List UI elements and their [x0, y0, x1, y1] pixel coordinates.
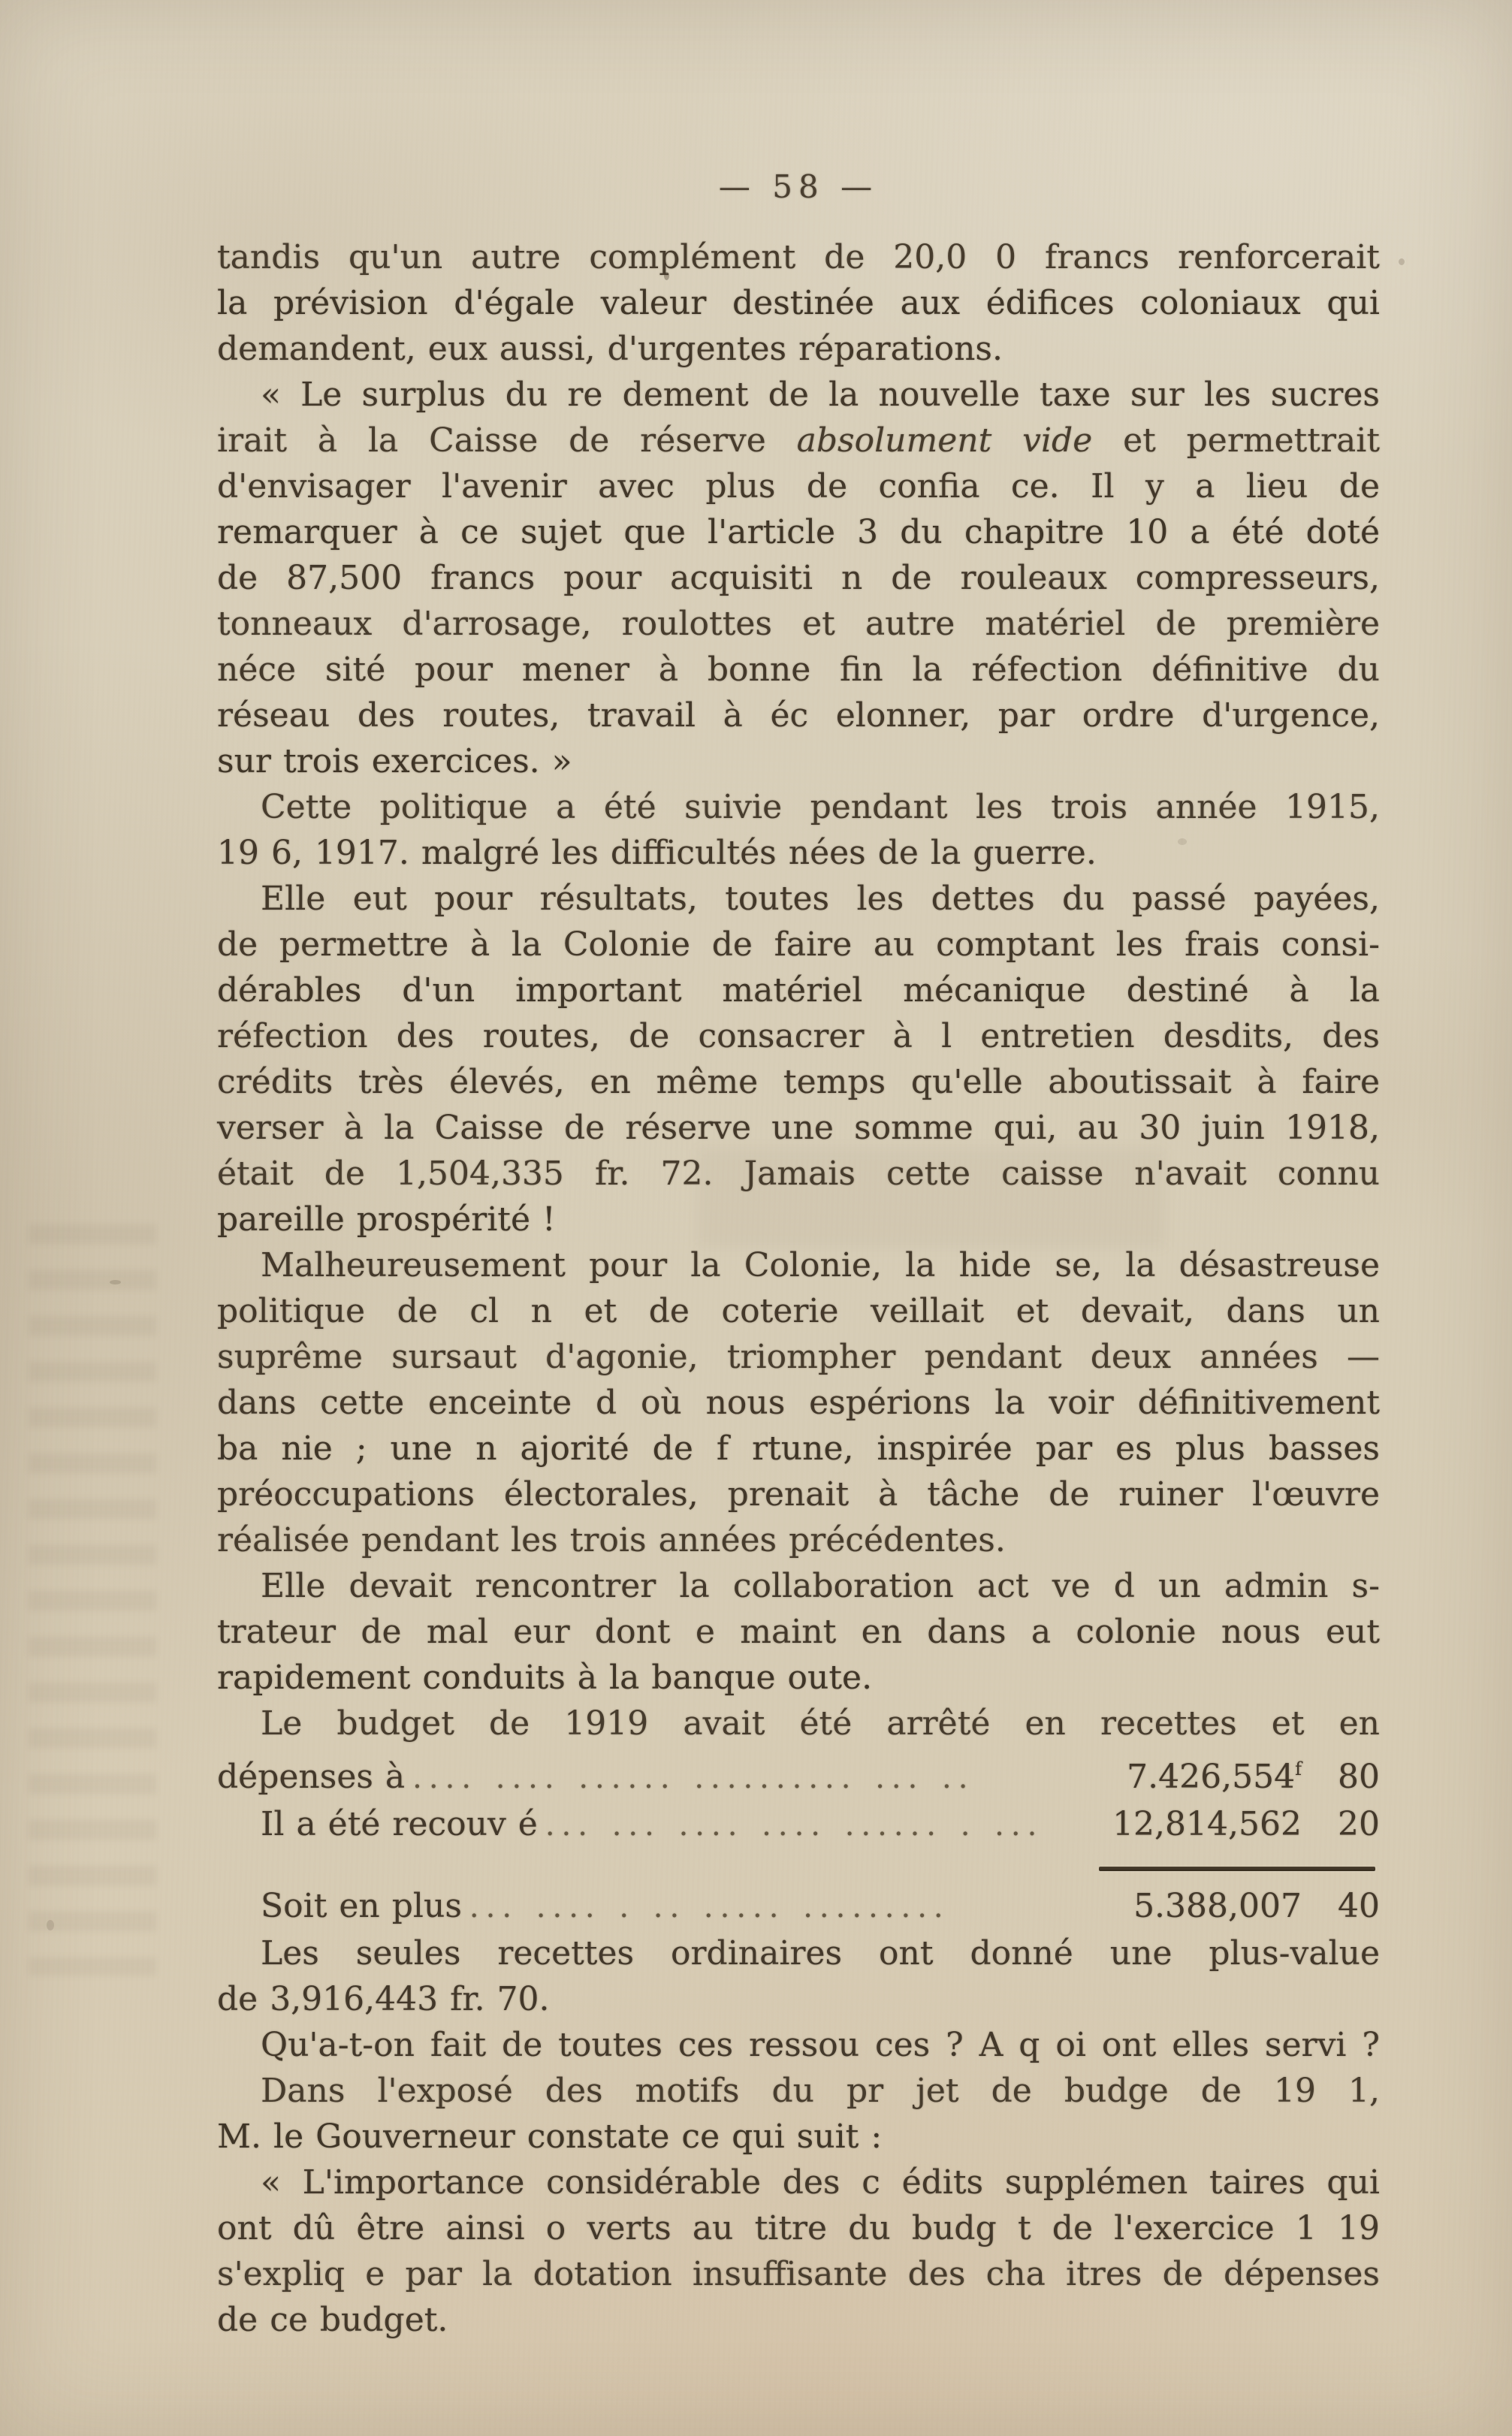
text-line: Cette politique a été suivie pendant les…: [217, 784, 1380, 830]
ledger-centimes: 80: [1302, 1754, 1380, 1800]
text-line: réseau des routes, travail à éc elonner,…: [217, 693, 1380, 738]
text-line: rapidement conduits à la banque oute.: [217, 1655, 1380, 1701]
text-line: tonneaux d'arrosage, roulottes et autre …: [217, 601, 1380, 647]
ledger-label: dépenses à: [217, 1754, 405, 1800]
ink-speck: [47, 1920, 54, 1930]
text-line: Elle eut pour résultats, toutes les dett…: [217, 876, 1380, 922]
text-line: de 87,500 francs pour acquisiti n de rou…: [217, 555, 1380, 601]
text-line: ont dû être ainsi o verts au titre du bu…: [217, 2205, 1380, 2251]
text-line: Qu'a-t-on fait de toutes ces ressou ces …: [217, 2022, 1380, 2068]
text-line: M. le Gouverneur constate ce qui suit :: [217, 2114, 1380, 2160]
text-line: réfection des routes, de consacrer à l e…: [217, 1013, 1380, 1059]
total-rule: [1099, 1867, 1375, 1871]
dot-leader: ... ... .... .... ...... . ...: [538, 1803, 1054, 1849]
scanned-page: — 58 — tandis qu'un autre complément de …: [0, 0, 1512, 2436]
page-number: — 58 —: [217, 168, 1380, 205]
ledger-row: Soit en plus... .... . .. ..... ........…: [217, 1883, 1380, 1930]
ledger-label: Soit en plus: [261, 1883, 462, 1929]
francs-superscript: f: [1295, 1758, 1302, 1779]
text-line: Les seules recettes ordinaires ont donné…: [217, 1930, 1380, 1976]
text-line: demandent, eux aussi, d'urgentes réparat…: [217, 326, 1380, 372]
italic-text: absolument vide: [797, 421, 1093, 460]
text-line: « Le surplus du re dement de la nouvelle…: [217, 372, 1380, 418]
ledger-row: Il a été recouv é... ... .... .... .....…: [217, 1801, 1380, 1849]
ledger-centimes: 20: [1302, 1801, 1380, 1847]
text-line: Le budget de 1919 avait été arrêté en re…: [217, 1701, 1380, 1746]
text-body: tandis qu'un autre complément de 20,0 0 …: [217, 234, 1380, 2343]
text-line: verser à la Caisse de réserve une somme …: [217, 1105, 1380, 1151]
text-line: s'expliq e par la dotation insuffisante …: [217, 2251, 1380, 2297]
text-segment: et permettrait: [1092, 421, 1380, 460]
text-line: Malheureusement pour la Colonie, la hide…: [217, 1242, 1380, 1288]
dot-leader: ... .... . .. ..... .........: [462, 1885, 1054, 1930]
text-line: de ce budget.: [217, 2297, 1380, 2343]
text-line: Dans l'exposé des motifs du pr jet de bu…: [217, 2068, 1380, 2114]
ink-bleedthrough: [29, 1224, 156, 1976]
text-line: la prévision d'égale valeur destinée aux…: [217, 280, 1380, 326]
ledger-amount: 7.426,554f: [1054, 1746, 1302, 1800]
text-line: d'envisager l'avenir avec plus de confia…: [217, 463, 1380, 509]
text-line: préoccupations électorales, prenait à tâ…: [217, 1472, 1380, 1517]
ledger-amount: 5.388,007: [1054, 1883, 1302, 1929]
text-line: 19 6, 1917. malgré les difficultés nées …: [217, 830, 1380, 876]
ink-speck: [1399, 258, 1405, 265]
text-line: néce sité pour mener à bonne fin la réfe…: [217, 647, 1380, 693]
text-line: Elle devait rencontrer la collaboration …: [217, 1563, 1380, 1609]
ink-speck: [110, 1280, 121, 1284]
text-line: ba nie ; une n ajorité de f rtune, inspi…: [217, 1426, 1380, 1472]
ledger-amount: 12,814,562: [1054, 1801, 1302, 1847]
text-segment: irait à la Caisse de réserve: [217, 421, 797, 460]
text-line: « L'importance considérable des c édits …: [217, 2160, 1380, 2205]
text-line: remarquer à ce sujet que l'article 3 du …: [217, 509, 1380, 555]
text-line: trateur de mal eur dont e maint en dans …: [217, 1609, 1380, 1655]
text-line: réalisée pendant les trois années précéd…: [217, 1517, 1380, 1563]
text-line: était de 1,504,335 fr. 72. Jamais cette …: [217, 1151, 1380, 1197]
text-line: pareille prospérité !: [217, 1197, 1380, 1242]
ledger-centimes: 40: [1302, 1883, 1380, 1929]
text-line: de 3,916,443 fr. 70.: [217, 1976, 1380, 2022]
text-line: suprême sursaut d'agonie, triompher pend…: [217, 1334, 1380, 1380]
text-line: tandis qu'un autre complément de 20,0 0 …: [217, 234, 1380, 280]
ledger-row: dépenses à.... .... ...... .......... ..…: [217, 1746, 1380, 1801]
ledger-label: Il a été recouv é: [261, 1801, 538, 1847]
text-line: dans cette enceinte d où nous espérions …: [217, 1380, 1380, 1426]
text-line: irait à la Caisse de réserve absolument …: [217, 418, 1380, 463]
text-line: de permettre à la Colonie de faire au co…: [217, 922, 1380, 967]
dot-leader: .... .... ...... .......... ... ..: [405, 1755, 1054, 1801]
text-line: dérables d'un important matériel mécaniq…: [217, 967, 1380, 1013]
text-line: sur trois exercices. »: [217, 738, 1380, 784]
text-line: politique de cl n et de coterie veillait…: [217, 1288, 1380, 1334]
text-line: crédits très élevés, en même temps qu'el…: [217, 1059, 1380, 1105]
